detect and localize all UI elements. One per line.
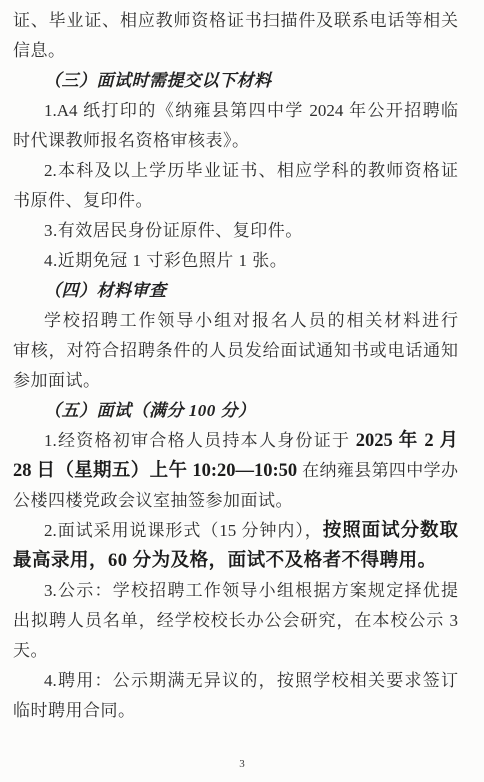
document-body: 证、毕业证、相应教师资格证书扫描件及联系电话等相关信息。（三）面试时需提交以下材… xyxy=(13,6,458,726)
text-line: 4.近期免冠 1 寸彩色照片 1 张。 xyxy=(13,246,458,276)
text-run: 学校招聘工作领导小组对报名人员的相关材料进行 xyxy=(44,311,458,330)
text-line: 公楼四楼党政会议室抽签参加面试。 xyxy=(13,486,458,516)
text-line: 3.有效居民身份证原件、复印件。 xyxy=(13,216,458,246)
text-run: 4.聘用：公示期满无异议的，按照学校相关要求签订 xyxy=(44,671,458,690)
text-line: 时代课教师报名资格审核表》。 xyxy=(13,126,458,156)
text-run: 28 日（星期五）上午 10:20—10:50 xyxy=(13,461,302,481)
text-run: （五）面试（满分 100 分） xyxy=(44,401,256,420)
text-run: 1.经资格初审合格人员持本人身份证于 xyxy=(44,431,356,450)
text-line: 3.公示：学校招聘工作领导小组根据方案规定择优提 xyxy=(13,576,458,606)
text-run: 公楼四楼党政会议室抽签参加面试。 xyxy=(13,491,293,510)
text-run: 参加面试。 xyxy=(13,371,101,390)
text-run: 信息。 xyxy=(13,41,66,60)
text-run: 2.面试采用说课形式（15 分钟内）， xyxy=(44,521,323,540)
text-run: 书原件、复印件。 xyxy=(13,191,153,210)
page-number: 3 xyxy=(0,758,484,770)
text-run: 1.A4 纸打印的《纳雍县第四中学 2024 年公开招聘临 xyxy=(44,101,458,120)
text-run: 2.本科及以上学历毕业证书、相应学科的教师资格证 xyxy=(44,161,458,180)
text-run: 天。 xyxy=(13,641,48,660)
heading-line: （四）材料审查 xyxy=(13,276,458,306)
text-run: 最高录用，60 分为及格，面试不及格者不得聘用。 xyxy=(13,551,437,571)
text-line: 书原件、复印件。 xyxy=(13,186,458,216)
text-run: （四）材料审查 xyxy=(44,281,167,300)
text-run: 3.有效居民身份证原件、复印件。 xyxy=(44,221,303,240)
text-line: 审核，对符合招聘条件的人员发给面试通知书或电话通知 xyxy=(13,336,458,366)
text-line: 临时聘用合同。 xyxy=(13,696,458,726)
text-run: 临时聘用合同。 xyxy=(13,701,136,720)
heading-line: （五）面试（满分 100 分） xyxy=(13,396,458,426)
text-line: 出拟聘人员名单，经学校校长办公会研究，在本校公示 3 xyxy=(13,606,458,636)
text-line: 最高录用，60 分为及格，面试不及格者不得聘用。 xyxy=(13,546,458,576)
text-run: 出拟聘人员名单，经学校校长办公会研究，在本校公示 3 xyxy=(13,611,458,630)
text-run: 证、毕业证、相应教师资格证书扫描件及联系电话等相关 xyxy=(13,11,458,30)
text-line: 4.聘用：公示期满无异议的，按照学校相关要求签订 xyxy=(13,666,458,696)
text-line: 天。 xyxy=(13,636,458,666)
text-line: 2.面试采用说课形式（15 分钟内），按照面试分数取 xyxy=(13,516,458,546)
text-line: 证、毕业证、相应教师资格证书扫描件及联系电话等相关 xyxy=(13,6,458,36)
text-run: 时代课教师报名资格审核表》。 xyxy=(13,131,250,150)
text-run: 2025 年 2 月 xyxy=(356,431,458,451)
text-line: 信息。 xyxy=(13,36,458,66)
text-run: （三）面试时需提交以下材料 xyxy=(44,71,272,90)
text-line: 2.本科及以上学历毕业证书、相应学科的教师资格证 xyxy=(13,156,458,186)
text-run: 4.近期免冠 1 寸彩色照片 1 张。 xyxy=(44,251,287,270)
text-line: 参加面试。 xyxy=(13,366,458,396)
text-run: 按照面试分数取 xyxy=(323,521,458,541)
document-page: 证、毕业证、相应教师资格证书扫描件及联系电话等相关信息。（三）面试时需提交以下材… xyxy=(0,0,484,782)
text-line: 1.A4 纸打印的《纳雍县第四中学 2024 年公开招聘临 xyxy=(13,96,458,126)
text-run: 在纳雍县第四中学办 xyxy=(302,461,458,480)
heading-line: （三）面试时需提交以下材料 xyxy=(13,66,458,96)
text-run: 3.公示：学校招聘工作领导小组根据方案规定择优提 xyxy=(44,581,458,600)
text-run: 审核，对符合招聘条件的人员发给面试通知书或电话通知 xyxy=(13,341,458,360)
text-line: 1.经资格初审合格人员持本人身份证于 2025 年 2 月 xyxy=(13,426,458,456)
text-line: 28 日（星期五）上午 10:20—10:50 在纳雍县第四中学办 xyxy=(13,456,458,486)
text-line: 学校招聘工作领导小组对报名人员的相关材料进行 xyxy=(13,306,458,336)
